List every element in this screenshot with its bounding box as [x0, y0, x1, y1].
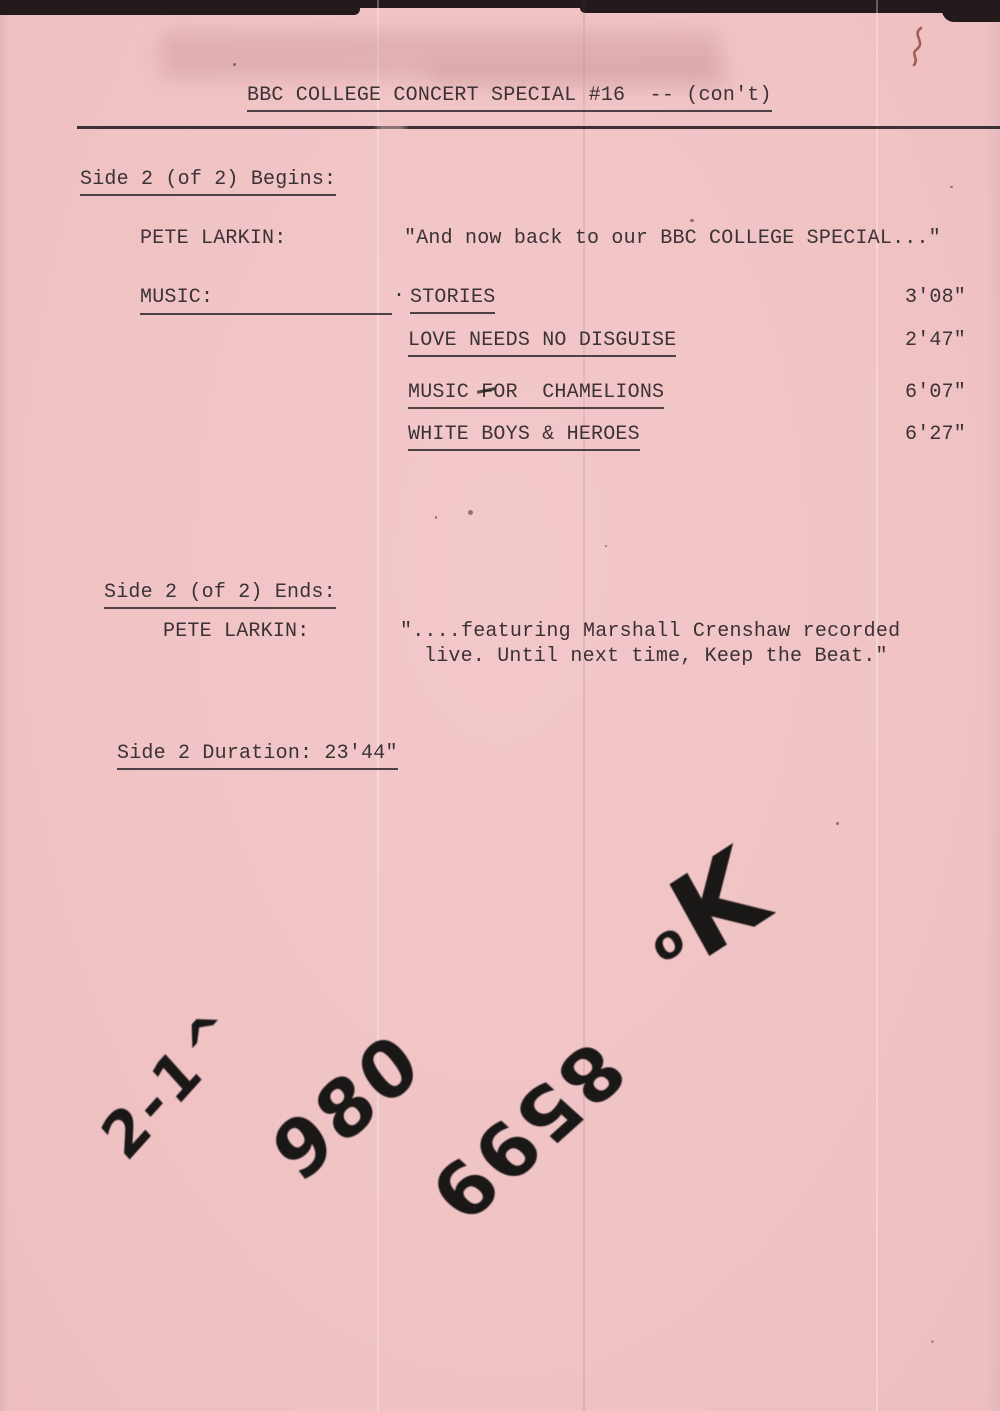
music-bullet: ·: [393, 285, 405, 307]
red-pen-squiggle: [905, 26, 935, 68]
track-duration: 3'08": [905, 287, 966, 309]
speck: [950, 186, 953, 188]
track-duration: 6'27": [905, 424, 966, 446]
track-title: WHITE BOYS & HEROES: [408, 424, 640, 451]
fold-crease-center: [583, 0, 585, 1411]
scan-edge-top-right: [580, 0, 1000, 13]
track-title: STORIES: [410, 287, 495, 314]
speck: [690, 219, 694, 222]
scan-edge-corner-blob: [942, 0, 1000, 22]
side2-begins-heading: Side 2 (of 2) Begins:: [80, 169, 336, 196]
handwritten-number-left: 2-1^: [89, 992, 253, 1174]
closing-quote-line2: live. Until next time, Keep the Beat.": [424, 646, 888, 668]
scan-edge-top-left: [0, 0, 360, 15]
speck: [836, 822, 839, 825]
announcer-line: "And now back to our BBC COLLEGE SPECIAL…: [404, 228, 941, 250]
track-duration: 6'07": [905, 382, 966, 404]
music-label: MUSIC:: [140, 287, 392, 315]
fold-crease-right: [876, 0, 878, 1411]
fold-crease-left: [377, 0, 379, 1411]
side2-duration-heading: Side 2 Duration: 23'44": [117, 743, 398, 770]
header-rule: [77, 126, 1000, 129]
page-title: BBC COLLEGE CONCERT SPECIAL #16 -- (con'…: [247, 85, 772, 112]
scanned-cue-sheet-page: BBC COLLEGE CONCERT SPECIAL #16 -- (con'…: [0, 0, 1000, 1411]
handwritten-number-right: 8599: [408, 1026, 644, 1238]
track-duration: 2'47": [905, 330, 966, 352]
speck: [233, 63, 236, 66]
track-title: LOVE NEEDS NO DISGUISE: [408, 330, 676, 357]
speck: [605, 545, 607, 547]
speck: [931, 1340, 934, 1343]
closing-quote-line1: "....featuring Marshall Crenshaw recorde…: [400, 621, 900, 643]
speaker-label: PETE LARKIN:: [140, 228, 286, 250]
speck: [468, 510, 473, 515]
speaker-label: PETE LARKIN:: [163, 621, 309, 643]
handwritten-ok-mark: oK: [621, 822, 790, 1005]
track-title: MUSIC FOR CHAMELIONS: [408, 382, 664, 409]
speck: [435, 516, 437, 519]
side2-ends-heading: Side 2 (of 2) Ends:: [104, 582, 336, 609]
handwritten-number-middle: 980: [257, 1014, 438, 1200]
